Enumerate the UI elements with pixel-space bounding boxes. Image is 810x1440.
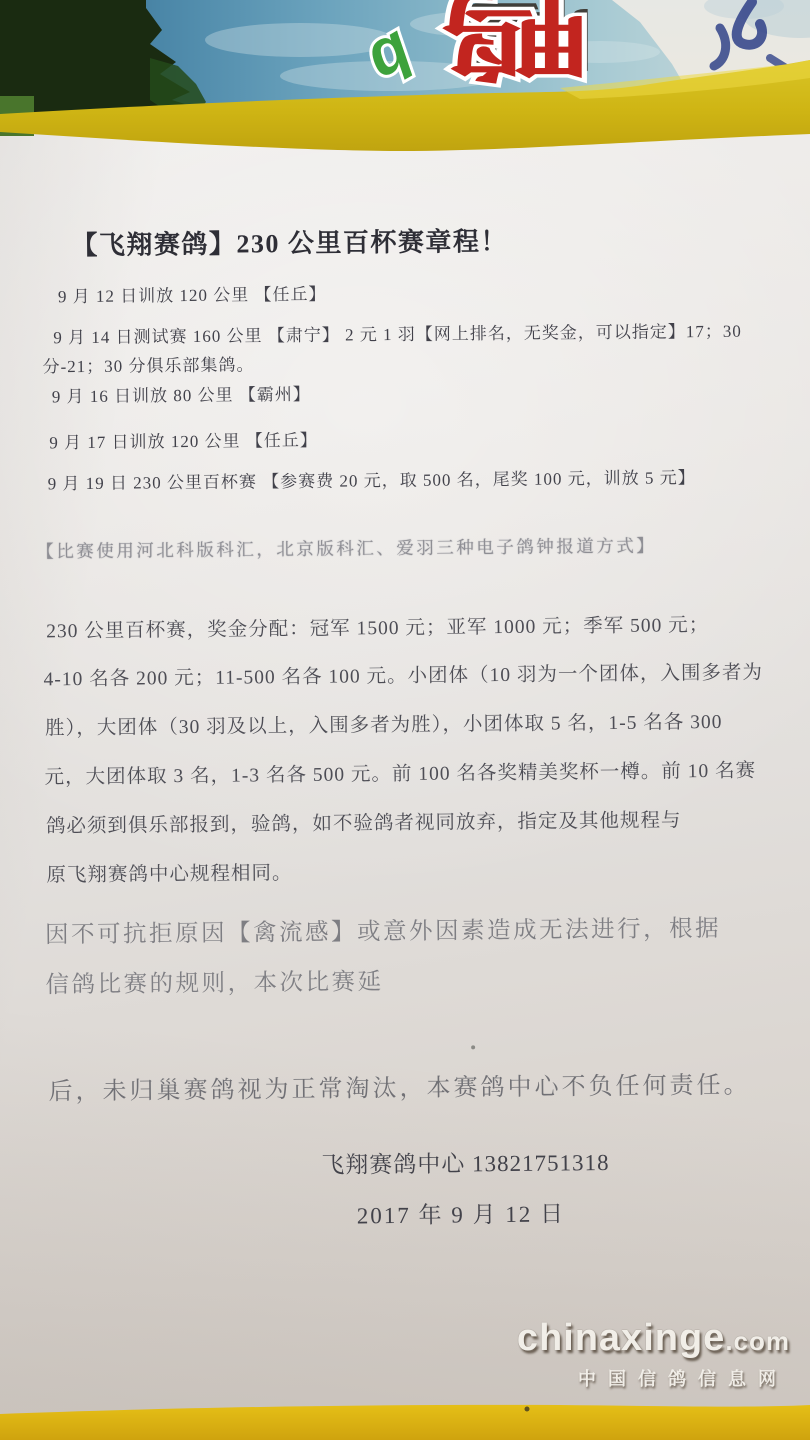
schedule-row: 9 月 12 日训放 120 公里 【任丘】 xyxy=(58,280,327,308)
schedule-row: 9 月 19 日 230 公里百杯赛 【参赛费 20 元，取 500 名，尾奖 … xyxy=(48,463,696,494)
document-title: 【飞翔赛鸽】230 公里百杯赛章程！ xyxy=(71,221,508,262)
schedule-row: 9 月 17 日训放 120 公里 【任丘】 xyxy=(49,426,318,454)
force-majeure-row: 因不可抗拒原因【禽流感】或意外因素造成无法进行，根据 xyxy=(45,909,721,949)
document-text: 【飞翔赛鸽】230 公里百杯赛章程！ 9 月 12 日训放 120 公里 【任丘… xyxy=(0,0,810,1440)
schedule-row: 9 月 14 日测试赛 160 公里 【肃宁】 2 元 1 羽【网上排名，无奖金… xyxy=(53,317,742,349)
bag-bottom-edge xyxy=(0,1405,810,1440)
watermark: chinaxinge.com 中国信鸽信息网 xyxy=(517,1318,790,1391)
prize-row: 胜），大团体（30 羽及以上，入围多者为胜），小团体取 5 名，1-5 名各 3… xyxy=(45,706,723,741)
postpone-line: 后，未归巢赛鸽视为正常淘汰，本赛鸽中心不负任何责任。 xyxy=(48,1065,750,1107)
force-majeure-row: 信鸽比赛的规则，本次比赛延 xyxy=(45,962,383,999)
bag-bottom-strip xyxy=(0,1402,810,1440)
prize-row: 230 公里百杯赛，奖金分配：冠军 1500 元；亚军 1000 元；季军 50… xyxy=(46,609,709,643)
prize-row: 元，大团体取 3 名，1-3 名各 500 元。前 100 名各奖精美奖杯一樽。… xyxy=(44,755,756,790)
schedule-row: 分-21；30 分俱乐部集鸽。 xyxy=(42,350,254,377)
prize-row: 鸽必须到俱乐部报到，验鸽，如不验鸽者视同放弃，指定及其他规程与 xyxy=(46,804,682,838)
paper-speck xyxy=(471,1045,475,1049)
watermark-tld: .com xyxy=(725,1326,790,1356)
watermark-brand: chinaxinge.com xyxy=(517,1318,790,1360)
prize-row: 4-10 名各 200 元；11-500 名各 100 元。小团体（10 羽为一… xyxy=(43,657,763,692)
watermark-subtitle: 中国信鸽信息网 xyxy=(517,1365,790,1391)
bag-speck xyxy=(525,1407,530,1412)
clock-notice: 【比赛使用河北科版科汇，北京版科汇、爱羽三种电子鸽钟报道方式】 xyxy=(36,533,656,564)
signature-line: 飞翔赛鸽中心 13821751318 xyxy=(321,1144,610,1180)
schedule-row: 9 月 16 日训放 80 公里 【霸州】 xyxy=(52,380,311,407)
photo-of-document: b 鸭 鸭 【飞翔赛鸽】230 公里百杯赛章程！ 9 月 12 日训放 120 … xyxy=(0,0,810,1440)
prize-row: 原飞翔赛鸽中心规程相同。 xyxy=(46,857,292,887)
date-line: 2017 年 9 月 12 日 xyxy=(357,1195,566,1230)
watermark-brand-name: chinaxinge xyxy=(517,1317,726,1359)
